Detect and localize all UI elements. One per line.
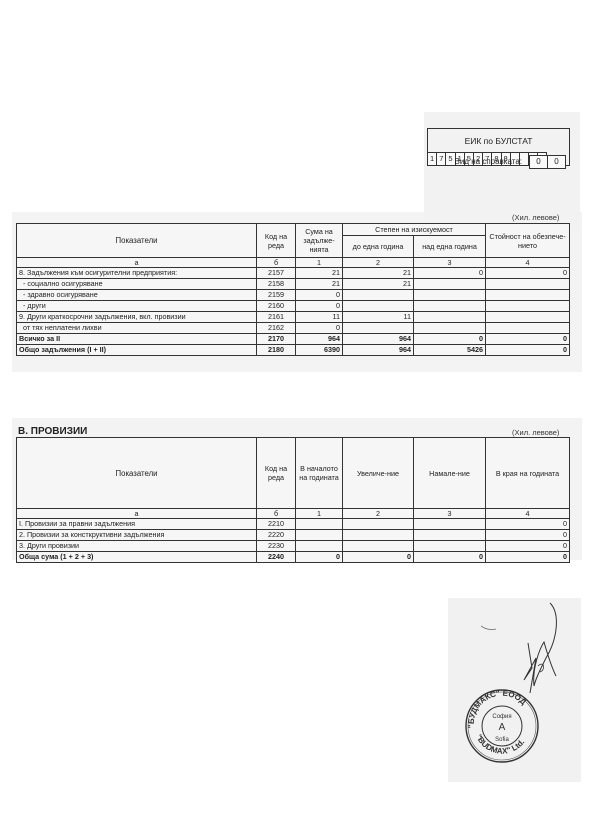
value-col-2: 0 [343, 552, 414, 563]
value-col-4: 0 [486, 334, 570, 345]
table-row: 3. Други провизии22300 [17, 541, 570, 552]
value-col-3 [414, 519, 486, 530]
liabilities-table: Показатели Код на реда Сума на задълже-н… [16, 223, 570, 356]
table-row: 2. Провизии за конcткруктивни задължения… [17, 530, 570, 541]
table-row: Обща сума (1 + 2 + 3)22400000 [17, 552, 570, 563]
value-col-3: 5426 [414, 345, 486, 356]
row-label: Всичко за II [17, 334, 257, 345]
index-cell: 2 [343, 509, 414, 519]
row-label: 8. Задължения към осигурителни предприят… [17, 268, 257, 279]
value-col-1: 21 [296, 268, 343, 279]
header-maturity: Степен на изискуемост [343, 224, 486, 236]
value-col-3 [414, 279, 486, 290]
row-label: 2. Провизии за конcткруктивни задължения [17, 530, 257, 541]
header-decrease: Намале-ние [414, 438, 486, 509]
row-label: Общо задължения (I + II) [17, 345, 257, 356]
table-row: 9. Други краткосрочни задължения, вкл. п… [17, 312, 570, 323]
index-cell: 3 [414, 509, 486, 519]
row-label: I. Провизии за правни задължения [17, 519, 257, 530]
row-code: 2159 [257, 290, 296, 301]
index-cell: б [257, 509, 296, 519]
row-label: - здравно осигуряване [17, 290, 257, 301]
value-col-2 [343, 301, 414, 312]
value-col-3: 0 [414, 268, 486, 279]
svg-text:София: София [492, 714, 511, 720]
stamp-signature-area: "БУДМАКС" ЕООД "BUDMAX" Ltd. София А Sof… [448, 598, 581, 782]
value-col-2 [343, 541, 414, 552]
value-col-4: 0 [486, 345, 570, 356]
table-row: Общо задължения (I + II)2180639096454260 [17, 345, 570, 356]
header-increase: Увеличе-ние [343, 438, 414, 509]
table-row: от тях неплатени лихви21620 [17, 323, 570, 334]
header-amount: Сума на задълже-нията [296, 224, 343, 258]
value-col-1: 6390 [296, 345, 343, 356]
value-col-3 [414, 530, 486, 541]
header-collateral: Стойност на обезпече-нието [486, 224, 570, 258]
value-col-2 [343, 323, 414, 334]
report-kind-cell: 0 [547, 155, 566, 169]
index-cell: 4 [486, 258, 570, 268]
value-col-3 [414, 541, 486, 552]
row-code: 2158 [257, 279, 296, 290]
header-beginning: В началото на годината [296, 438, 343, 509]
value-col-1: 0 [296, 290, 343, 301]
index-cell: а [17, 509, 257, 519]
value-col-4 [486, 290, 570, 301]
index-cell: 1 [296, 258, 343, 268]
value-col-4: 0 [486, 541, 570, 552]
value-col-4: 0 [486, 268, 570, 279]
header-indicators: Показатели [17, 438, 257, 509]
value-col-1: 0 [296, 552, 343, 563]
header-indicators: Показатели [17, 224, 257, 258]
table-row: Всичко за II217096496400 [17, 334, 570, 345]
value-col-3 [414, 301, 486, 312]
row-label: - социално осигуряване [17, 279, 257, 290]
table-row: - социално осигуряване21582121 [17, 279, 570, 290]
report-kind-box: 00 [529, 155, 565, 169]
value-col-4: 0 [486, 530, 570, 541]
row-label: Обща сума (1 + 2 + 3) [17, 552, 257, 563]
provisions-title: В. ПРОВИЗИИ [18, 426, 87, 437]
value-col-4 [486, 323, 570, 334]
row-code: 2170 [257, 334, 296, 345]
row-code: 2160 [257, 301, 296, 312]
row-code: 2180 [257, 345, 296, 356]
index-cell: а [17, 258, 257, 268]
value-col-1: 21 [296, 279, 343, 290]
row-code: 2230 [257, 541, 296, 552]
table-row: - здравно осигуряване21590 [17, 290, 570, 301]
value-col-3 [414, 290, 486, 301]
value-col-3 [414, 323, 486, 334]
value-col-4 [486, 312, 570, 323]
value-col-3 [414, 312, 486, 323]
table-row: 8. Задължения към осигурителни предприят… [17, 268, 570, 279]
value-col-3: 0 [414, 334, 486, 345]
table-row: I. Провизии за правни задължения22100 [17, 519, 570, 530]
units-label: (Хил. левове) [512, 213, 559, 222]
header-over-one-year: над една година [414, 236, 486, 258]
index-cell: 3 [414, 258, 486, 268]
row-code: 2161 [257, 312, 296, 323]
header-code: Код на реда [257, 224, 296, 258]
row-label: от тях неплатени лихви [17, 323, 257, 334]
value-col-4 [486, 279, 570, 290]
index-row: а б 1 2 3 4 [17, 258, 570, 268]
value-col-2: 11 [343, 312, 414, 323]
value-col-2: 21 [343, 279, 414, 290]
value-col-3: 0 [414, 552, 486, 563]
index-cell: 1 [296, 509, 343, 519]
row-label: 3. Други провизии [17, 541, 257, 552]
row-code: 2220 [257, 530, 296, 541]
value-col-4: 0 [486, 519, 570, 530]
row-label: - други [17, 301, 257, 312]
eik-title: ЕИК по БУЛСТАТ [428, 129, 569, 153]
svg-text:"БУДМАКС" ЕООД: "БУДМАКС" ЕООД [467, 689, 529, 729]
value-col-2 [343, 519, 414, 530]
value-col-1: 11 [296, 312, 343, 323]
row-code: 2240 [257, 552, 296, 563]
company-stamp-icon: "БУДМАКС" ЕООД "BUDMAX" Ltd. София А Sof… [462, 686, 542, 766]
value-col-4 [486, 301, 570, 312]
value-col-1: 0 [296, 323, 343, 334]
provisions-table: Показатели Код на реда В началото на год… [16, 437, 570, 563]
units-label: (Хил. левове) [512, 428, 559, 437]
report-kind-label: Вид на справката: [440, 156, 522, 168]
value-col-1: 0 [296, 301, 343, 312]
row-code: 2162 [257, 323, 296, 334]
value-col-2: 21 [343, 268, 414, 279]
index-row: а б 1 2 3 4 [17, 509, 570, 519]
value-col-2: 964 [343, 334, 414, 345]
value-col-4: 0 [486, 552, 570, 563]
report-kind-cell: 0 [529, 155, 548, 169]
header-end: В края на годината [486, 438, 570, 509]
value-col-1 [296, 519, 343, 530]
header-up-to-one-year: до една година [343, 236, 414, 258]
index-cell: б [257, 258, 296, 268]
row-code: 2210 [257, 519, 296, 530]
value-col-2: 964 [343, 345, 414, 356]
index-cell: 2 [343, 258, 414, 268]
value-col-1 [296, 530, 343, 541]
svg-text:Sofia: Sofia [495, 737, 509, 743]
table-row: - други21600 [17, 301, 570, 312]
row-label: 9. Други краткосрочни задължения, вкл. п… [17, 312, 257, 323]
value-col-2 [343, 290, 414, 301]
svg-text:А: А [499, 722, 506, 733]
value-col-1 [296, 541, 343, 552]
header-code: Код на реда [257, 438, 296, 509]
row-code: 2157 [257, 268, 296, 279]
index-cell: 4 [486, 509, 570, 519]
value-col-1: 964 [296, 334, 343, 345]
value-col-2 [343, 530, 414, 541]
